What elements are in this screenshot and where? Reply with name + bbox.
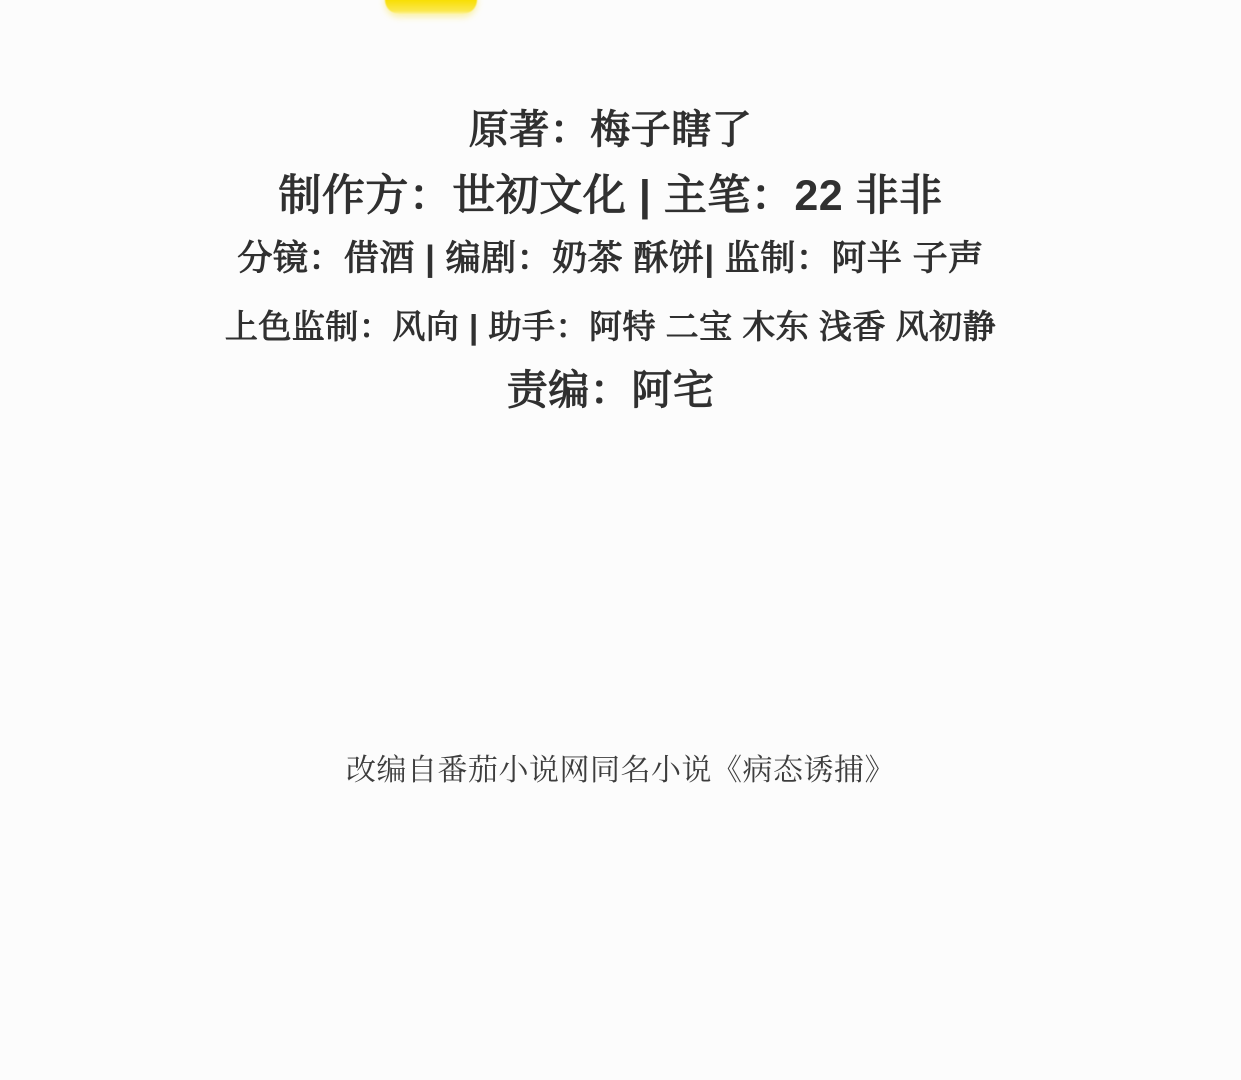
credit-line-original-author: 原著：梅子瞎了 <box>0 108 1231 152</box>
credit-line-production-studio: 制作方：世初文化 | 主笔：22 非非 <box>0 173 1231 220</box>
yellow-pill-graphic <box>385 0 477 14</box>
adaptation-source-note: 改编自番茄小说网同名小说《病态诱捕》 <box>0 745 1241 789</box>
credit-line-storyboard-script: 分镜：借酒 | 编剧：奶茶 酥饼| 监制：阿半 子声 <box>0 240 1231 279</box>
credit-line-coloring-assistants: 上色监制：风向 | 助手：阿特 二宝 木东 浅香 风初静 <box>0 309 1231 345</box>
credits-page: 原著：梅子瞎了 制作方：世初文化 | 主笔：22 非非 分镜：借酒 | 编剧：奶… <box>0 0 1241 1080</box>
credit-line-editor: 责编：阿宅 <box>0 368 1231 413</box>
